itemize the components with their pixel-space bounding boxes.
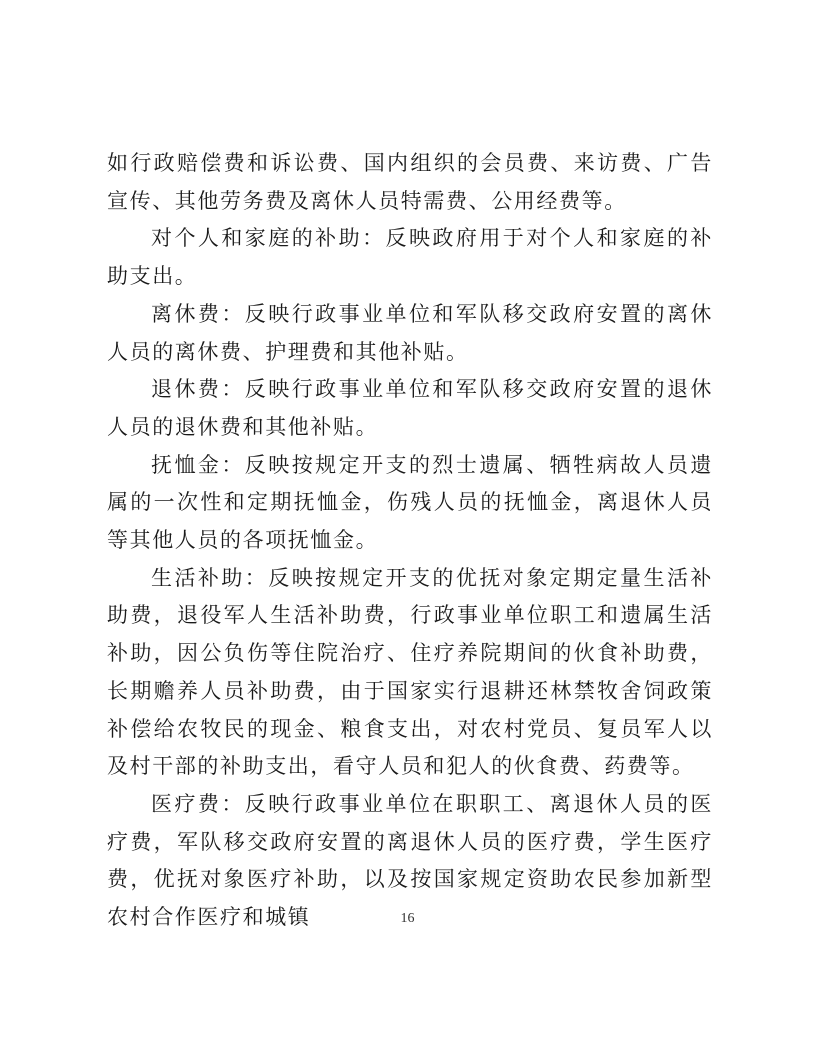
- paragraph-living-subsidy: 生活补助：反映按规定开支的优抚对象定期定量生活补助费，退役军人生活补助费，行政事…: [107, 560, 713, 786]
- document-page: 如行政赔偿费和诉讼费、国内组织的会员费、来访费、广告宣传、其他劳务费及离休人员特…: [0, 0, 815, 1055]
- body-text: 如行政赔偿费和诉讼费、国内组织的会员费、来访费、广告宣传、其他劳务费及离休人员特…: [107, 145, 713, 937]
- paragraph-personal-family-subsidy: 对个人和家庭的补助：反映政府用于对个人和家庭的补助支出。: [107, 220, 713, 295]
- paragraph-pension: 抚恤金：反映按规定开支的烈士遗属、牺牲病故人员遗属的一次性和定期抚恤金，伤残人员…: [107, 447, 713, 560]
- paragraph-retirement-fee: 退休费：反映行政事业单位和军队移交政府安置的退休人员的退休费和其他补贴。: [107, 371, 713, 446]
- page-number: 16: [0, 911, 815, 927]
- paragraph-retirement-veteran-fee: 离休费：反映行政事业单位和军队移交政府安置的离休人员的离休费、护理费和其他补贴。: [107, 296, 713, 371]
- paragraph-continuation: 如行政赔偿费和诉讼费、国内组织的会员费、来访费、广告宣传、其他劳务费及离休人员特…: [107, 145, 713, 220]
